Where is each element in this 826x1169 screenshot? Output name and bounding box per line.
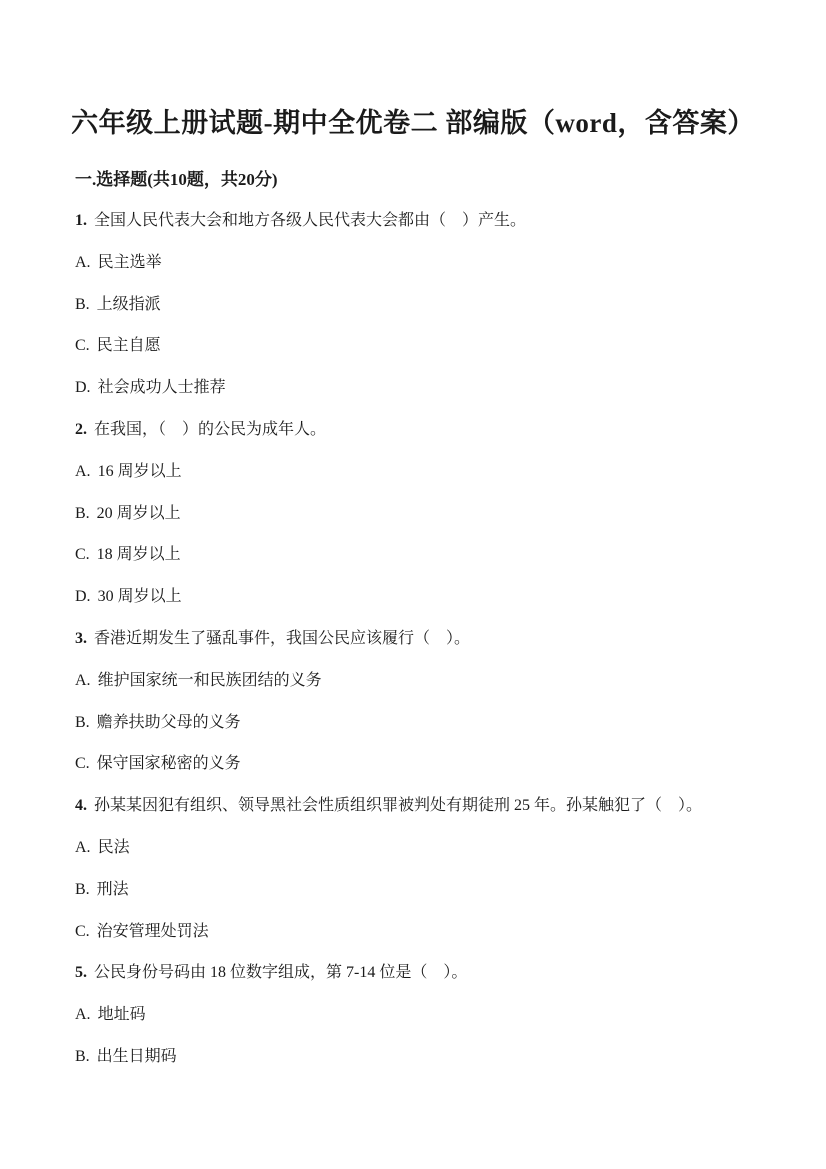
question-text: 孙某某因犯有组织、领导黑社会性质组织罪被判处有期徒刑 25 年。孙某触犯了（ ）… [94,797,702,814]
option-line: A.16 周岁以上 [75,451,796,493]
option-line: A.维护国家统一和民族团结的义务 [75,660,796,702]
option-label: D. [75,588,91,605]
option-label: B. [75,296,90,313]
option-text: 20 周岁以上 [97,505,181,522]
document-title: 六年级上册试题-期中全优卷二 部编版（word，含答案） [0,106,826,140]
option-line: B.上级指派 [75,284,796,326]
option-text: 18 周岁以上 [97,546,181,563]
option-line: A.地址码 [75,994,796,1036]
option-text: 民主选举 [98,254,162,271]
option-line: B.刑法 [75,869,796,911]
option-label: D. [75,379,91,396]
option-text: 上级指派 [97,296,161,313]
question-text: 公民身份号码由 18 位数字组成，第 7-14 位是（ ）。 [94,964,467,981]
option-label: A. [75,1006,91,1023]
option-label: B. [75,714,90,731]
option-text: 30 周岁以上 [98,588,182,605]
option-label: B. [75,881,90,898]
option-line: C.18 周岁以上 [75,534,796,576]
question-number: 2. [75,421,87,438]
option-text: 民法 [98,839,130,856]
question-text: 全国人民代表大会和地方各级人民代表大会都由（ ）产生。 [94,212,526,229]
option-label: A. [75,463,91,480]
option-label: B. [75,1048,90,1065]
option-line: B.20 周岁以上 [75,493,796,535]
option-line: B.出生日期码 [75,1036,796,1078]
question-line: 3.香港近期发生了骚乱事件，我国公民应该履行（ ）。 [75,618,796,660]
question-number: 3. [75,630,87,647]
option-line: C.民主自愿 [75,325,796,367]
option-line: C.保守国家秘密的义务 [75,743,796,785]
option-text: 民主自愿 [97,337,161,354]
option-label: A. [75,254,91,271]
question-number: 5. [75,964,87,981]
questions-list: 1.全国人民代表大会和地方各级人民代表大会都由（ ）产生。 A.民主选举 B.上… [75,200,796,1078]
question-line: 4.孙某某因犯有组织、领导黑社会性质组织罪被判处有期徒刑 25 年。孙某触犯了（… [75,785,796,827]
option-line: D.30 周岁以上 [75,576,796,618]
option-text: 出生日期码 [97,1048,177,1065]
document-page: 六年级上册试题-期中全优卷二 部编版（word，含答案） 一.选择题(共10题，… [0,0,826,1169]
option-text: 社会成功人士推荐 [98,379,226,396]
question-text: 在我国，（ ）的公民为成年人。 [94,421,326,438]
question-number: 1. [75,212,87,229]
option-label: C. [75,755,90,772]
section-header: 一.选择题(共10题，共20分) [75,168,278,192]
option-line: D.社会成功人士推荐 [75,367,796,409]
question-line: 2.在我国，（ ）的公民为成年人。 [75,409,796,451]
option-text: 刑法 [97,881,129,898]
option-line: A.民法 [75,827,796,869]
question-number: 4. [75,797,87,814]
option-label: C. [75,546,90,563]
question-text: 香港近期发生了骚乱事件，我国公民应该履行（ ）。 [94,630,470,647]
question-line: 1.全国人民代表大会和地方各级人民代表大会都由（ ）产生。 [75,200,796,242]
option-text: 16 周岁以上 [98,463,182,480]
option-label: B. [75,505,90,522]
option-text: 维护国家统一和民族团结的义务 [98,672,322,689]
option-line: A.民主选举 [75,242,796,284]
option-label: A. [75,839,91,856]
option-text: 赡养扶助父母的义务 [97,714,241,731]
option-text: 地址码 [98,1006,146,1023]
option-line: B.赡养扶助父母的义务 [75,702,796,744]
question-line: 5.公民身份号码由 18 位数字组成，第 7-14 位是（ ）。 [75,952,796,994]
option-label: C. [75,923,90,940]
option-text: 治安管理处罚法 [97,923,209,940]
option-label: A. [75,672,91,689]
option-line: C.治安管理处罚法 [75,911,796,953]
option-label: C. [75,337,90,354]
option-text: 保守国家秘密的义务 [97,755,241,772]
